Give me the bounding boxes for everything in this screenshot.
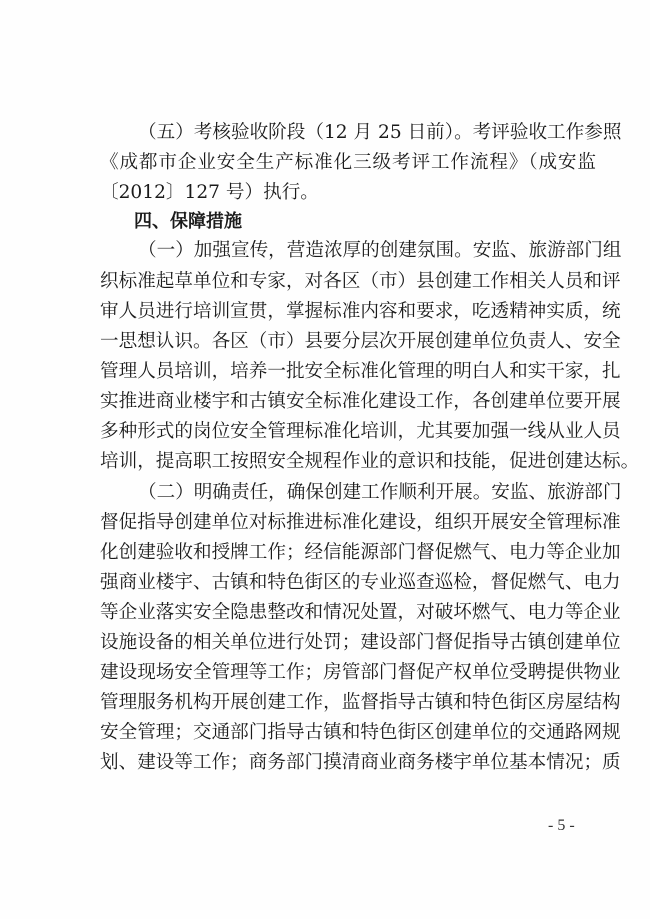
paragraph-measure-1-line-8: 培训，提高职工按照安全规程作业的意识和技能，促进创建达标。: [100, 447, 596, 477]
paragraph-measure-1-line-3: 审人员进行培训宣贯，掌握标准内容和要求，吃透精神实质，统: [100, 297, 596, 327]
paragraph-measure-1-line-4: 一思想认识。各区（市）县要分层次开展创建单位负责人、安全: [100, 327, 596, 357]
document-page: （五）考核验收阶段（12 月 25 日前）。考评验收工作参照 《成都市企业安全生…: [0, 0, 650, 919]
paragraph-measure-1-line-5: 管理人员培训，培养一批安全标准化管理的明白人和实干家，扎: [100, 357, 596, 387]
paragraph-measure-1-line-2: 织标准起草单位和专家，对各区（市）县创建工作相关人员和评: [100, 267, 596, 297]
scan-speck: [244, 250, 247, 253]
paragraph-measure-2-line-8: 管理服务机构开展创建工作，监督指导古镇和特色街区房屋结构: [100, 688, 596, 718]
paragraph-stage-5-line-1: （五）考核验收阶段（12 月 25 日前）。考评验收工作参照: [138, 118, 596, 148]
paragraph-measure-2-line-7: 建设现场安全管理等工作；房管部门督促产权单位受聘提供物业: [100, 658, 596, 688]
paragraph-measure-2-line-6: 设施设备的相关单位进行处罚；建设部门督促指导古镇创建单位: [100, 628, 596, 658]
paragraph-measure-2-line-5: 等企业落实安全隐患整改和情况处置，对破坏燃气、电力等企业: [100, 598, 596, 628]
paragraph-measure-2-line-3: 化创建验收和授牌工作；经信能源部门督促燃气、电力等企业加: [100, 538, 596, 568]
paragraph-stage-5-line-2: 《成都市企业安全生产标准化三级考评工作流程》（成安监: [100, 148, 596, 178]
page-number: - 5 -: [548, 814, 575, 838]
section-heading-safeguard-measures: 四、保障措施: [134, 207, 242, 237]
paragraph-measure-2-line-10: 划、建设等工作；商务部门摸清商业商务楼宇单位基本情况；质: [100, 748, 596, 778]
scan-speck: [580, 156, 583, 159]
paragraph-measure-2-line-4: 强商业楼宇、古镇和特色街区的专业巡查巡检，督促燃气、电力: [100, 568, 596, 598]
paragraph-measure-1-line-1: （一）加强宣传，营造浓厚的创建氛围。安监、旅游部门组: [138, 236, 596, 266]
paragraph-measure-1-line-7: 多种形式的岗位安全管理标准化培训，尤其要加强一线从业人员: [100, 417, 596, 447]
paragraph-measure-2-line-1: （二）明确责任，确保创建工作顺利开展。安监、旅游部门: [138, 478, 596, 508]
paragraph-measure-1-line-6: 实推进商业楼宇和古镇安全标准化建设工作，各创建单位要开展: [100, 387, 596, 417]
paragraph-stage-5-line-3: 〔2012〕127 号）执行。: [100, 178, 596, 208]
paragraph-measure-2-line-2: 督促指导创建单位对标推进标准化建设，组织开展安全管理标准: [100, 508, 596, 538]
paragraph-measure-2-line-9: 安全管理；交通部门指导古镇和特色街区创建单位的交通路网规: [100, 718, 596, 748]
